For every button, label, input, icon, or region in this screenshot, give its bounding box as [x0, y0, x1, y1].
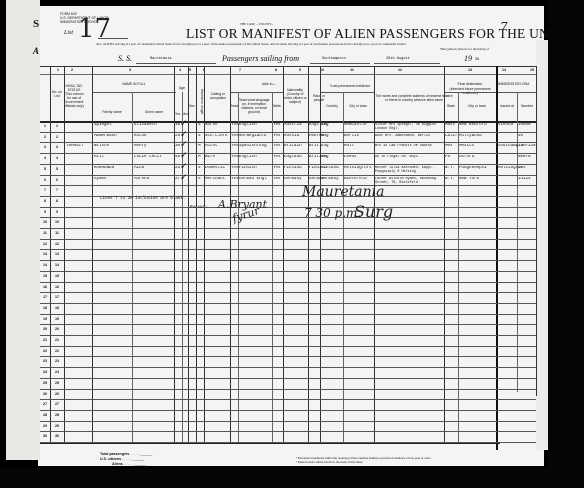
document-subtitle-right: This (yellow) sheet is for the listing o… — [440, 47, 489, 51]
read-language: Spanish/English — [239, 144, 267, 149]
destination-subheader-rule — [444, 92, 496, 93]
row-rule — [40, 271, 536, 272]
row-rule — [40, 292, 536, 293]
residence-country: Eng — [321, 134, 329, 139]
previous-page-edge — [6, 0, 40, 460]
stamp-letter-s: S — [33, 18, 39, 30]
row-number: 20 — [53, 327, 61, 331]
row-number: 18 — [53, 306, 61, 310]
row-number: 7 — [41, 188, 49, 192]
document-subtitle: ALL ALIENS arriving at a port of contine… — [96, 42, 516, 46]
row-number: 3 — [41, 145, 49, 149]
nearest-relative: Aunt Mrs. Ammermann, Berlin — [375, 134, 430, 138]
destination-state: N.Y. — [445, 166, 455, 171]
header-visa-issued: Issued at — [498, 104, 516, 108]
nationality: England — [284, 155, 302, 160]
sailing-label: Passengers sailing from — [222, 54, 299, 63]
check-mark-icon: ✓ — [180, 173, 188, 183]
header-final-sub: (Intended future permanent residence) — [444, 87, 496, 95]
row-number: 22 — [53, 349, 61, 353]
row-number: 16 — [41, 285, 49, 289]
marital-status: S — [198, 123, 201, 128]
row-number: 7 — [53, 188, 61, 192]
row-number: 22 — [41, 349, 49, 353]
row-rule — [40, 175, 536, 176]
row-rule — [40, 431, 536, 432]
column-number: 14 — [500, 68, 508, 72]
row-rule — [40, 421, 536, 422]
destination-city: New York — [459, 177, 479, 182]
residence-city: Leeds — [344, 155, 357, 160]
family-name: Hymen — [94, 177, 107, 182]
calling: Merchant — [205, 177, 225, 182]
row-rule — [40, 389, 536, 390]
row-number: 6 — [41, 178, 49, 182]
can-write: Yes — [273, 155, 281, 160]
given-name: Lucie Cecilie — [134, 155, 162, 160]
row-rule — [40, 399, 536, 400]
row-number: 14 — [53, 263, 61, 267]
destination-city: Poughkeepsie — [459, 166, 487, 171]
annotation-time: 7 30 p.m. — [304, 206, 361, 220]
row-number: 24 — [41, 370, 49, 374]
footer-totals: Total passengers . . . . . ______ U.S. c… — [100, 452, 152, 467]
total-passengers-label: Total passengers — [100, 452, 129, 456]
nearest-relative: Father Wilhelm Hymen, Ravensbg Street, 7… — [375, 177, 443, 185]
row-rule — [40, 228, 536, 229]
residence-subheader-rule — [320, 92, 374, 93]
visa-number: 00070 — [518, 155, 531, 160]
can-read: Yes — [231, 166, 239, 171]
row-number: 23 — [41, 359, 49, 363]
row-rule — [40, 356, 536, 357]
marital-status: M — [198, 155, 201, 160]
row-number: 12 — [53, 242, 61, 246]
destination-city: New Bedford — [459, 123, 487, 128]
nearest-relative: do in Fingal Rd. Whyt... — [375, 155, 424, 159]
destination-city: Oxford — [459, 155, 474, 160]
row-rule — [40, 239, 536, 240]
row-number: 6 — [53, 178, 61, 182]
ss-value: Mauretania — [150, 57, 172, 62]
visa-number: 40 — [518, 134, 523, 139]
row-number: 2 — [53, 135, 61, 139]
name-subheader-rule — [92, 92, 176, 93]
us-citizens-label: U.S. citizens — [100, 457, 121, 461]
blank-lines-note: Lines 7 to 30 inclusive are blank. — [100, 197, 185, 202]
nearest-relative: Sister Mrs Spiegel, 46 Higgins London En… — [375, 123, 443, 131]
can-read: Yes — [231, 123, 239, 128]
residence-country: Eng — [321, 123, 329, 128]
sailing-from-underline — [310, 63, 370, 64]
year-label: 19 — [464, 54, 472, 63]
visa-number: 15 — [518, 166, 523, 171]
can-write: Yes — [273, 144, 281, 149]
row-rule — [40, 442, 536, 443]
can-write: Yes — [273, 134, 281, 139]
row-number: 9 — [41, 210, 49, 214]
row-number: 2 — [41, 135, 49, 139]
row-number: 5 — [41, 167, 49, 171]
row-rule — [40, 314, 536, 315]
check-mark-icon: ✓ — [180, 140, 188, 150]
row-number: 4 — [53, 156, 61, 160]
row-number: 17 — [53, 295, 61, 299]
row-number: 30 — [53, 434, 61, 438]
row-number: 29 — [53, 424, 61, 428]
corner-mark: 7 — [500, 20, 508, 34]
sailing-date-underline — [374, 63, 440, 64]
ss-underline — [136, 63, 216, 64]
destination-state: Calif — [445, 134, 458, 139]
header-age: Age — [176, 86, 188, 90]
read-language: English — [239, 123, 257, 128]
race: Brit. — [309, 144, 322, 149]
header-country: Country — [322, 104, 342, 108]
header-write: Write — [272, 104, 282, 108]
row-number: 27 — [41, 402, 49, 406]
destination-state: Pa — [445, 155, 450, 160]
residence-country: Eng — [321, 155, 329, 160]
row-rule — [40, 303, 536, 304]
check-mark-icon: ✓ — [180, 162, 188, 172]
given-name: Elisabeth — [134, 123, 157, 128]
nationality: Britain — [284, 144, 302, 149]
row-number: 19 — [41, 317, 49, 321]
given-name: Ruthe — [134, 134, 147, 139]
row-rule — [40, 217, 536, 218]
family-name: Spiegel — [94, 123, 112, 128]
row-rule — [40, 207, 536, 208]
row-number: 25 — [53, 381, 61, 385]
column-number: 13 — [466, 68, 474, 72]
sailing-from: Southampton — [322, 57, 346, 62]
row-rule — [40, 378, 536, 379]
row-number: 5 — [53, 167, 61, 171]
header-visa: IMMIGRATION VISA — [498, 82, 534, 86]
residence-city: Hull — [344, 144, 354, 149]
nationality: Austria — [284, 123, 302, 128]
residence-city: Berlin — [344, 134, 359, 139]
column-number: 9 — [296, 68, 304, 72]
can-read: Yes — [231, 144, 239, 149]
visa-issued-at: Vienna — [498, 123, 513, 128]
given-name: Henry — [134, 144, 147, 149]
header-age-yrs: Yrs. — [174, 112, 182, 116]
destination-city: Mexico — [459, 144, 474, 149]
marital-status: S — [198, 134, 201, 139]
row-rule — [40, 142, 536, 143]
scan-right-margin — [548, 0, 584, 488]
read-language: English — [239, 155, 257, 160]
row-number: 21 — [53, 338, 61, 342]
row-rule — [40, 132, 536, 133]
header-no-on-list: No. on List — [50, 90, 64, 98]
column-number: 3 — [126, 68, 134, 72]
table-top-rule — [40, 66, 536, 67]
calling: Accnt — [205, 144, 218, 149]
row-number: 27 — [53, 402, 61, 406]
destination-state: Mex — [445, 144, 453, 149]
residence-country: Germany — [321, 177, 339, 182]
row-rule — [40, 282, 536, 283]
nationality: Russia — [284, 134, 299, 139]
list-number: 17 — [78, 14, 111, 44]
header-given-name: Given name — [132, 110, 176, 114]
row-number: 20 — [41, 327, 49, 331]
annotation-ship: Mauretania — [302, 184, 385, 200]
header-read-language: Read what language (or, if exemption cla… — [238, 98, 270, 114]
column-number: 7 — [236, 68, 244, 72]
row-rule — [40, 346, 536, 347]
row-rule — [40, 153, 536, 154]
family-name: Ammermann — [94, 134, 117, 139]
header-state: State — [444, 104, 458, 108]
row-rule — [40, 335, 536, 336]
header-name-in-full: NAME IN FULL — [92, 82, 176, 86]
header-visa-number: Number — [518, 104, 536, 108]
marital-status: S — [198, 177, 201, 182]
column-number: 11 — [348, 68, 356, 72]
given-name: Ahrend — [134, 177, 149, 182]
row-rule — [40, 249, 536, 250]
table-bottom-rule — [40, 443, 500, 444]
row-number: 11 — [53, 231, 61, 235]
given-name: Aina — [134, 166, 144, 171]
check-mark-icon: ✓ — [180, 151, 188, 161]
check-mark-icon: ✓ — [180, 119, 188, 129]
grid-vline — [536, 66, 537, 396]
calling: Domestic — [205, 166, 225, 171]
read-language: Finnish — [239, 166, 257, 171]
header-race: Race or people — [308, 94, 330, 102]
grid-vline — [50, 66, 51, 443]
head-tax-status: TRANSIT — [66, 144, 84, 149]
residence-country: Eng — [321, 144, 329, 149]
sailing-date: 29th August — [386, 57, 410, 62]
nearest-relative: Mother Julia Karhunen, Kappl. Puoppusaly… — [375, 166, 443, 174]
row-number: 15 — [53, 274, 61, 278]
nationality: Germany — [284, 177, 302, 182]
row-number: 4 — [41, 156, 49, 160]
header-able-to: Able to— — [234, 82, 304, 86]
row-number: 13 — [53, 252, 61, 256]
header-nationality: Nationality (Country of which citizen or… — [283, 88, 307, 104]
grid-vline — [188, 66, 189, 443]
family-name: Hill — [94, 155, 104, 160]
grid-vline — [64, 66, 65, 443]
column-number: 12 — [396, 68, 404, 72]
header-calling: Calling or occupation — [206, 92, 230, 100]
row-number: 15 — [41, 274, 49, 278]
family-name: Wilson — [94, 144, 109, 149]
row-number: 13 — [41, 252, 49, 256]
residence-city: Bielefeld — [344, 177, 367, 182]
row-number: 1 — [53, 124, 61, 128]
row-rule — [40, 367, 536, 368]
aliens-label: Aliens — [112, 462, 123, 466]
row-rule — [40, 164, 536, 165]
row-number: 17 — [41, 295, 49, 299]
header-dest-city: City or town — [460, 104, 494, 108]
destination-city: Hollywood — [459, 134, 482, 139]
row-number: 10 — [53, 220, 61, 224]
calling: Sch.Clerk — [205, 134, 228, 139]
row-number: 8 — [41, 199, 49, 203]
destination-state: Mass — [445, 123, 455, 128]
footnote: * Data of return will be found on the ba… — [296, 460, 431, 464]
residence-country: Finland — [321, 166, 339, 171]
column-number: 2 — [68, 68, 76, 72]
header-last-residence: *Last permanent residence — [320, 84, 380, 88]
row-number: 19 — [53, 317, 61, 321]
calling: Wife — [205, 155, 215, 160]
can-read: Yes — [231, 155, 239, 160]
can-read: Yes — [231, 134, 239, 139]
footnotes: * Permanent residence within the meaning… — [296, 456, 431, 464]
can-write: Yes — [273, 123, 281, 128]
visa-number: 16950 — [518, 123, 531, 128]
row-number: 23 — [53, 359, 61, 363]
row-number: 10 — [41, 220, 49, 224]
can-read: Yes — [231, 177, 239, 182]
row-number: 28 — [41, 413, 49, 417]
row-number: 16 — [53, 285, 61, 289]
row-number: 21 — [41, 338, 49, 342]
header-read: Read — [230, 104, 238, 108]
header-family-name: Family name — [92, 110, 132, 114]
can-write: Yes — [273, 177, 281, 182]
check-mark-icon: ✓ — [180, 130, 188, 140]
annotation-initials: Surg — [354, 202, 393, 221]
column-number: 4 — [176, 68, 184, 72]
stamp-letter-a: A — [33, 46, 39, 56]
grid-vline — [196, 66, 197, 443]
read-language: German English — [239, 177, 267, 182]
list-number-underline — [98, 38, 128, 39]
column-number: 1 — [54, 68, 62, 72]
document-title: LIST OR MANIFEST OF ALIEN PASSENGERS FOR… — [186, 26, 581, 42]
header-city: City or town — [344, 104, 372, 108]
visa-number: 14/7328 — [518, 144, 536, 149]
nationality: Finland — [284, 166, 302, 171]
year-value: 38 — [475, 58, 479, 63]
row-number: 9 — [53, 210, 61, 214]
scan-bottom-margin — [0, 468, 584, 488]
row-rule — [40, 185, 536, 186]
nearest-relative: Bro in Law Francis De Santos — [375, 144, 432, 148]
manifest-page — [38, 6, 544, 466]
destination-state: N.Y. — [445, 177, 455, 182]
signature-label: Purser: — [190, 206, 208, 211]
row-number: 18 — [41, 306, 49, 310]
read-language: Norwegian/English — [239, 134, 267, 139]
row-number: 25 — [41, 381, 49, 385]
row-number: 24 — [53, 370, 61, 374]
visa-number: 14124 — [518, 177, 531, 182]
grid-vline — [92, 66, 93, 443]
can-write: Yes — [273, 166, 281, 171]
marital-status: M — [198, 144, 201, 149]
header-relative: The name and complete address of nearest… — [374, 94, 454, 102]
row-number: 1 — [41, 124, 49, 128]
row-number: 8 — [53, 199, 61, 203]
ss-label: S. S. — [118, 54, 132, 63]
calling: Nurse — [205, 123, 218, 128]
residence-city: Helsingfors — [344, 166, 372, 171]
row-number: 14 — [41, 263, 49, 267]
header-sex: Sex — [188, 104, 196, 108]
row-number: 12 — [41, 242, 49, 246]
column-number: 15 — [528, 68, 536, 72]
row-number: 30 — [41, 434, 49, 438]
residence-city: Newcastle — [344, 123, 367, 128]
row-number: 29 — [41, 424, 49, 428]
row-number: 26 — [41, 392, 49, 396]
row-rule — [40, 410, 536, 411]
marital-status: S — [198, 166, 201, 171]
row-number: 28 — [53, 413, 61, 417]
column-number: 8 — [272, 68, 280, 72]
family-name: KARHUNEN — [94, 166, 114, 171]
column-number-rule — [40, 74, 536, 75]
row-number: 26 — [53, 392, 61, 396]
row-rule — [40, 260, 536, 261]
header-married-single: Married or single — [196, 88, 204, 116]
list-label: List — [64, 30, 73, 36]
row-number: 3 — [53, 145, 61, 149]
header-head-tax: HEAD-TAX STATUS (This column for use of … — [64, 84, 84, 108]
grid-vline — [132, 92, 133, 443]
row-number: 11 — [41, 231, 49, 235]
row-rule — [40, 324, 536, 325]
header-final-destination: Final destination — [444, 82, 496, 86]
